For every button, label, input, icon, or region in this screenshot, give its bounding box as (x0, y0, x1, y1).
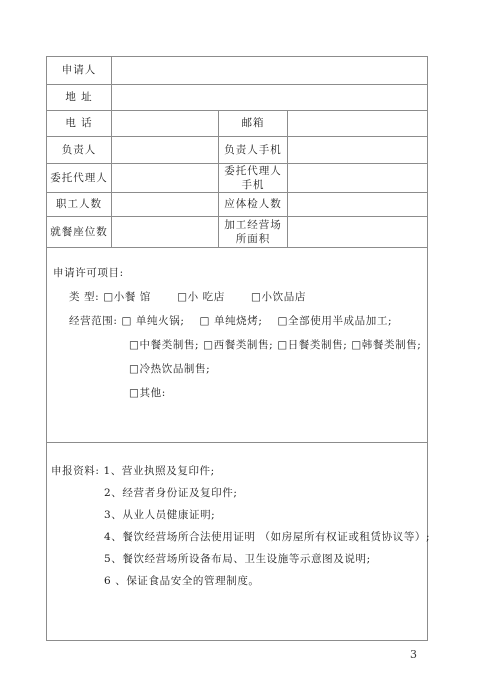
field-applicant[interactable] (112, 57, 427, 85)
field-phone[interactable] (112, 111, 219, 137)
applicant-info-table: 申请人 地 址 电 话 邮箱 负责人 负责人手机 委托代理人 委托代理人手机 职… (47, 57, 427, 248)
label-applicant: 申请人 (47, 57, 112, 85)
label-phone: 电 话 (47, 111, 112, 137)
field-medical-exam-count[interactable] (288, 193, 427, 217)
label-medical-exam-count: 应体检人数 (219, 193, 288, 217)
label-premises-area: 加工经营场所面积 (219, 217, 288, 248)
field-premises-area[interactable] (288, 217, 427, 248)
field-person-in-charge-mobile[interactable] (288, 137, 427, 164)
business-scope-option-other: □其他: (47, 380, 427, 404)
label-person-in-charge: 负责人 (47, 137, 112, 164)
documents-item-5: 5、餐饮经营场所设备布局、卫生设施等示意图及说明; (47, 547, 427, 569)
permit-type-options: 类 型: □小餐 馆 □小 吃店 □小饮品店 (47, 284, 427, 308)
documents-section-title-item-1: 申报资料: 1、营业执照及复印件; (47, 459, 427, 481)
field-address[interactable] (112, 85, 427, 111)
label-person-in-charge-mobile: 负责人手机 (219, 137, 288, 164)
application-form: 申请人 地 址 电 话 邮箱 负责人 负责人手机 委托代理人 委托代理人手机 职… (46, 56, 428, 641)
label-agent: 委托代理人 (47, 164, 112, 193)
business-scope-options-1: 经营范围: □ 单纯火锅; □ 单纯烧烤; □全部使用半成品加工; (47, 308, 427, 332)
label-address: 地 址 (47, 85, 112, 111)
label-staff-count: 职工人数 (47, 193, 112, 217)
field-person-in-charge[interactable] (112, 137, 219, 164)
label-agent-mobile: 委托代理人手机 (219, 164, 288, 193)
field-seat-count[interactable] (112, 217, 219, 248)
form-page: 申请人 地 址 电 话 邮箱 负责人 负责人手机 委托代理人 委托代理人手机 职… (0, 0, 484, 696)
page-number: 3 (410, 648, 417, 661)
business-scope-options-2: □中餐类制售; □西餐类制售; □日餐类制售; □韩餐类制售; (47, 332, 427, 356)
label-email: 邮箱 (219, 111, 288, 137)
documents-item-2: 2、经营者身份证及复印件; (47, 481, 427, 503)
documents-item-3: 3、从业人员健康证明; (47, 503, 427, 525)
field-staff-count[interactable] (112, 193, 219, 217)
business-scope-options-3: □冷热饮品制售; (47, 356, 427, 380)
permit-section-title: 申请许可项目: (47, 260, 427, 284)
label-seat-count: 就餐座位数 (47, 217, 112, 248)
field-agent-mobile[interactable] (288, 164, 427, 193)
documents-item-4: 4、餐饮经营场所合法使用证明 （如房屋所有权证或租赁协议等）; (47, 525, 427, 547)
permit-items-section: 申请许可项目: 类 型: □小餐 馆 □小 吃店 □小饮品店 经营范围: □ 单… (47, 248, 427, 442)
documents-item-6: 6 、保证食品安全的管理制度。 (47, 569, 427, 591)
field-agent[interactable] (112, 164, 219, 193)
field-email[interactable] (288, 111, 427, 137)
required-documents-section: 申报资料: 1、营业执照及复印件; 2、经营者身份证及复印件; 3、从业人员健康… (47, 442, 427, 640)
